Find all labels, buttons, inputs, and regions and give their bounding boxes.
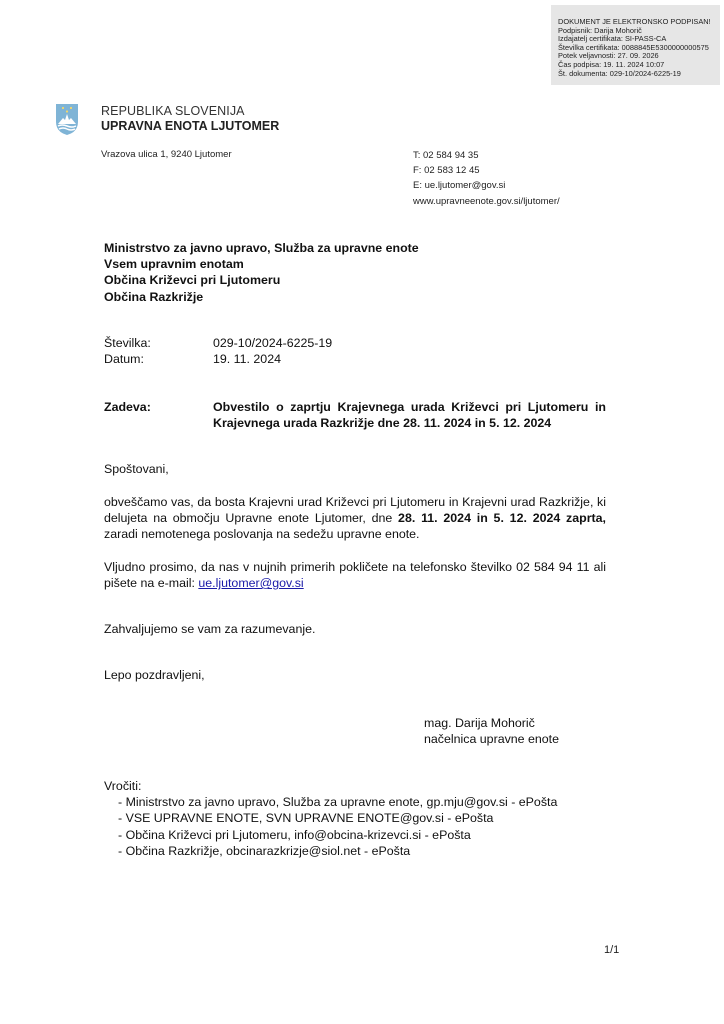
signer-name: mag. Darija Mohorič <box>424 715 559 731</box>
administrative-unit-name: UPRAVNA ENOTA LJUTOMER <box>101 119 279 134</box>
recipient: Ministrstvo za javno upravo, Služba za u… <box>104 240 419 256</box>
republic-name: REPUBLIKA SLOVENIJA <box>101 104 279 119</box>
thanks: Zahvaljujemo se vam za razumevanje. <box>104 621 606 637</box>
closure-dates: 28. 11. 2024 in 5. 12. 2024 zaprta, <box>398 511 606 525</box>
organization-name: REPUBLIKA SLOVENIJA UPRAVNA ENOTA LJUTOM… <box>101 104 279 134</box>
email: E: ue.ljutomer@gov.si <box>413 178 560 193</box>
subject-text: Obvestilo o zaprtju Krajevnega urada Kri… <box>213 399 606 432</box>
signer-title: načelnica upravne enote <box>424 731 559 747</box>
number-label: Številka: <box>104 335 213 351</box>
subject: Zadeva: Obvestilo o zaprtju Krajevnega u… <box>104 399 606 432</box>
date-label: Datum: <box>104 351 213 367</box>
document-number: 029-10/2024-6225-19 <box>213 335 332 351</box>
email-link[interactable]: ue.ljutomer@gov.si <box>198 576 303 590</box>
signer-block: mag. Darija Mohorič načelnica upravne en… <box>424 715 559 747</box>
electronic-signature-box: DOKUMENT JE ELEKTRONSKO PODPISAN! Podpis… <box>551 5 720 85</box>
delivery-label: Vročiti: <box>104 778 557 794</box>
office-address: Vrazova ulica 1, 9240 Ljutomer <box>101 149 232 160</box>
recipients: Ministrstvo za javno upravo, Služba za u… <box>104 240 419 305</box>
page-number: 1/1 <box>604 944 619 956</box>
paragraph-text: zaradi nemotenega poslovanja na sedežu u… <box>104 527 420 541</box>
document-date: 19. 11. 2024 <box>213 351 281 367</box>
regards: Lepo pozdravljeni, <box>104 667 606 683</box>
paragraph-closure-notice: obveščamo vas, da bosta Krajevni urad Kr… <box>104 494 606 543</box>
signature-doc-number: Št. dokumenta: 029-10/2024-6225-19 <box>558 70 720 79</box>
recipient: Občina Križevci pri Ljutomeru <box>104 272 419 288</box>
delivery-item: - Občina Razkrižje, obcinarazkrizje@siol… <box>118 843 557 859</box>
recipient: Občina Razkrižje <box>104 289 419 305</box>
delivery-item: - Občina Križevci pri Ljutomeru, info@ob… <box>118 827 557 843</box>
phone: T: 02 584 94 35 <box>413 148 560 163</box>
paragraph-text: Vljudno prosimo, da nas v nujnih primeri… <box>104 560 606 590</box>
website: www.upravneenote.gov.si/ljutomer/ <box>413 194 560 209</box>
delivery-item: - Ministrstvo za javno upravo, Služba za… <box>118 794 557 810</box>
fax: F: 02 583 12 45 <box>413 163 560 178</box>
paragraph-contact-request: Vljudno prosimo, da nas v nujnih primeri… <box>104 559 606 591</box>
greeting: Spoštovani, <box>104 461 606 477</box>
delivery-item: - VSE UPRAVNE ENOTE, SVN UPRAVNE ENOTE@g… <box>118 810 557 826</box>
contact-block: T: 02 584 94 35 F: 02 583 12 45 E: ue.lj… <box>413 148 560 209</box>
delivery-list: Vročiti: - Ministrstvo za javno upravo, … <box>104 778 557 859</box>
document-meta: Številka: 029-10/2024-6225-19 Datum: 19.… <box>104 335 332 367</box>
subject-label: Zadeva: <box>104 399 213 432</box>
slovenia-coat-of-arms-icon <box>55 102 79 136</box>
recipient: Vsem upravnim enotam <box>104 256 419 272</box>
